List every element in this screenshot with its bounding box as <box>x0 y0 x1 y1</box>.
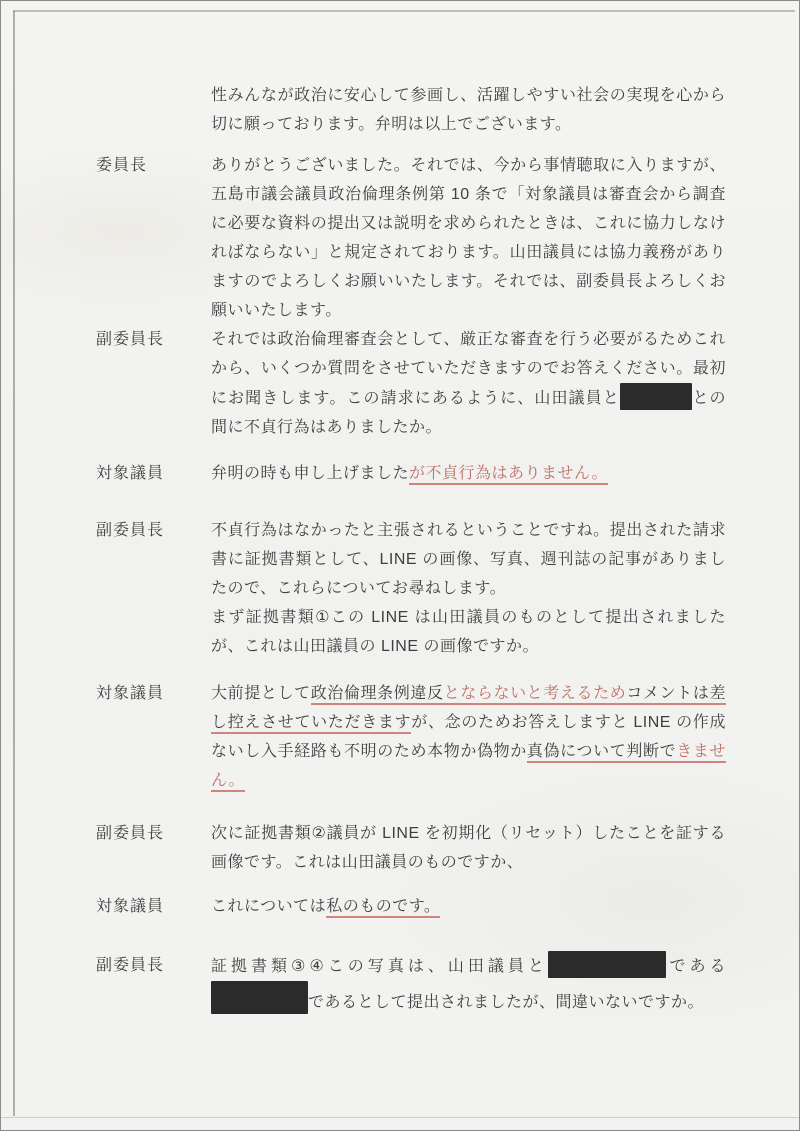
scan-edge-bottom <box>1 1117 799 1118</box>
speaker-label: 対象議員 <box>96 679 211 708</box>
transcript-entry: 対象議員これについては私のものです。 <box>96 892 739 921</box>
statement-text: これについては私のものです。 <box>211 892 726 921</box>
statement-paragraph: まず証拠書類①この LINE は山田議員のものとして提出されましたが、これは山田… <box>211 603 726 661</box>
text-segment: 弁明の時も申し上げました <box>211 465 409 482</box>
speaker-label: 副委員長 <box>96 325 211 354</box>
redaction-box <box>548 951 666 978</box>
text-segment: 性みんなが政治に安心して参画し、活躍しやすい社会の実現を心から切に願っております… <box>211 87 726 133</box>
text-segment: であるとして提出されましたが、間違いないですか。 <box>308 994 704 1011</box>
scanned-document-page: 性みんなが政治に安心して参画し、活躍しやすい社会の実現を心から切に願っております… <box>0 0 800 1131</box>
speaker-label: 副委員長 <box>96 951 211 980</box>
highlighted-text-segment: 真偽について判断で <box>527 743 676 763</box>
speaker-label: 副委員長 <box>96 516 211 545</box>
text-segment: 不貞行為はなかったと主張されるということですね。提出された請求書に証拠書類として… <box>211 522 726 597</box>
transcript-entry: 副委員長次に証拠書類②議員が LINE を初期化（リセット）したことを証する画像… <box>96 819 739 877</box>
speaker-label: 委員長 <box>96 151 211 180</box>
statement-text: 大前提として政治倫理条例違反とならないと考えるためコメントは差し控えさせていただ… <box>211 679 726 795</box>
statement-text: それでは政治倫理審査会として、厳正な審査を行う必要がるためこれから、いくつか質問… <box>211 325 726 442</box>
speaker-label: 対象議員 <box>96 459 211 488</box>
transcript-entry: 副委員長それでは政治倫理審査会として、厳正な審査を行う必要がるためこれから、いく… <box>96 325 739 442</box>
transcript-entry: 対象議員弁明の時も申し上げましたが不貞行為はありません。 <box>96 459 739 488</box>
text-segment: これについては <box>211 898 326 915</box>
speaker-label: 対象議員 <box>96 892 211 921</box>
text-segment: 大前提として <box>211 685 311 702</box>
statement-text: 性みんなが政治に安心して参画し、活躍しやすい社会の実現を心から切に願っております… <box>211 81 726 139</box>
transcript-entry: 副委員長不貞行為はなかったと主張されるということですね。提出された請求書に証拠書… <box>96 516 739 661</box>
statement-paragraph: 大前提として政治倫理条例違反とならないと考えるためコメントは差し控えさせていただ… <box>211 679 726 795</box>
text-segment: 証拠書類③④この写真は、山田議員と <box>211 958 548 975</box>
highlighted-text-segment: コメントは <box>626 685 709 705</box>
transcript-entry: 性みんなが政治に安心して参画し、活躍しやすい社会の実現を心から切に願っております… <box>96 81 739 139</box>
highlighted-text-segment: が不貞行為はありません。 <box>409 465 608 485</box>
statement-paragraph: 弁明の時も申し上げましたが不貞行為はありません。 <box>211 459 726 488</box>
statement-paragraph: 証拠書類③④この写真は、山田議員とであるであるとして提出されましたが、間違いない… <box>211 951 726 1017</box>
speaker-label: 副委員長 <box>96 819 211 848</box>
transcript-entry: 対象議員大前提として政治倫理条例違反とならないと考えるためコメントは差し控えさせ… <box>96 679 739 795</box>
redaction-box <box>620 383 692 410</box>
highlighted-text-segment: 政治倫理条例違反 <box>311 685 444 705</box>
text-segment: まず証拠書類①この LINE は山田議員のものとして提出されましたが、これは山田… <box>211 609 726 655</box>
text-segment: ありがとうございました。それでは、今から事情聴取に入りますが、五島市議会議員政治… <box>211 157 726 319</box>
transcript: 性みんなが政治に安心して参画し、活躍しやすい社会の実現を心から切に願っております… <box>1 1 799 1017</box>
text-segment: 次に証拠書類②議員が LINE を初期化（リセット）したことを証する画像です。こ… <box>211 825 726 871</box>
transcript-entry: 副委員長証拠書類③④この写真は、山田議員とであるであるとして提出されましたが、間… <box>96 951 739 1017</box>
statement-text: 不貞行為はなかったと主張されるということですね。提出された請求書に証拠書類として… <box>211 516 726 661</box>
statement-text: ありがとうございました。それでは、今から事情聴取に入りますが、五島市議会議員政治… <box>211 151 726 325</box>
highlighted-text-segment: 私のものです。 <box>326 898 440 918</box>
statement-text: 次に証拠書類②議員が LINE を初期化（リセット）したことを証する画像です。こ… <box>211 819 726 877</box>
statement-text: 弁明の時も申し上げましたが不貞行為はありません。 <box>211 459 726 488</box>
statement-paragraph: 不貞行為はなかったと主張されるということですね。提出された請求書に証拠書類として… <box>211 516 726 603</box>
transcript-entry: 委員長ありがとうございました。それでは、今から事情聴取に入りますが、五島市議会議… <box>96 151 739 325</box>
text-segment: である <box>666 958 726 975</box>
statement-paragraph: ありがとうございました。それでは、今から事情聴取に入りますが、五島市議会議員政治… <box>211 151 726 325</box>
statement-paragraph: 次に証拠書類②議員が LINE を初期化（リセット）したことを証する画像です。こ… <box>211 819 726 877</box>
statement-text: 証拠書類③④この写真は、山田議員とであるであるとして提出されましたが、間違いない… <box>211 951 726 1017</box>
statement-paragraph: 性みんなが政治に安心して参画し、活躍しやすい社会の実現を心から切に願っております… <box>211 81 726 139</box>
statement-paragraph: それでは政治倫理審査会として、厳正な審査を行う必要がるためこれから、いくつか質問… <box>211 325 726 442</box>
statement-paragraph: これについては私のものです。 <box>211 892 726 921</box>
highlighted-text-segment: とならないと考えるため <box>444 685 627 705</box>
redaction-box <box>211 981 308 1014</box>
